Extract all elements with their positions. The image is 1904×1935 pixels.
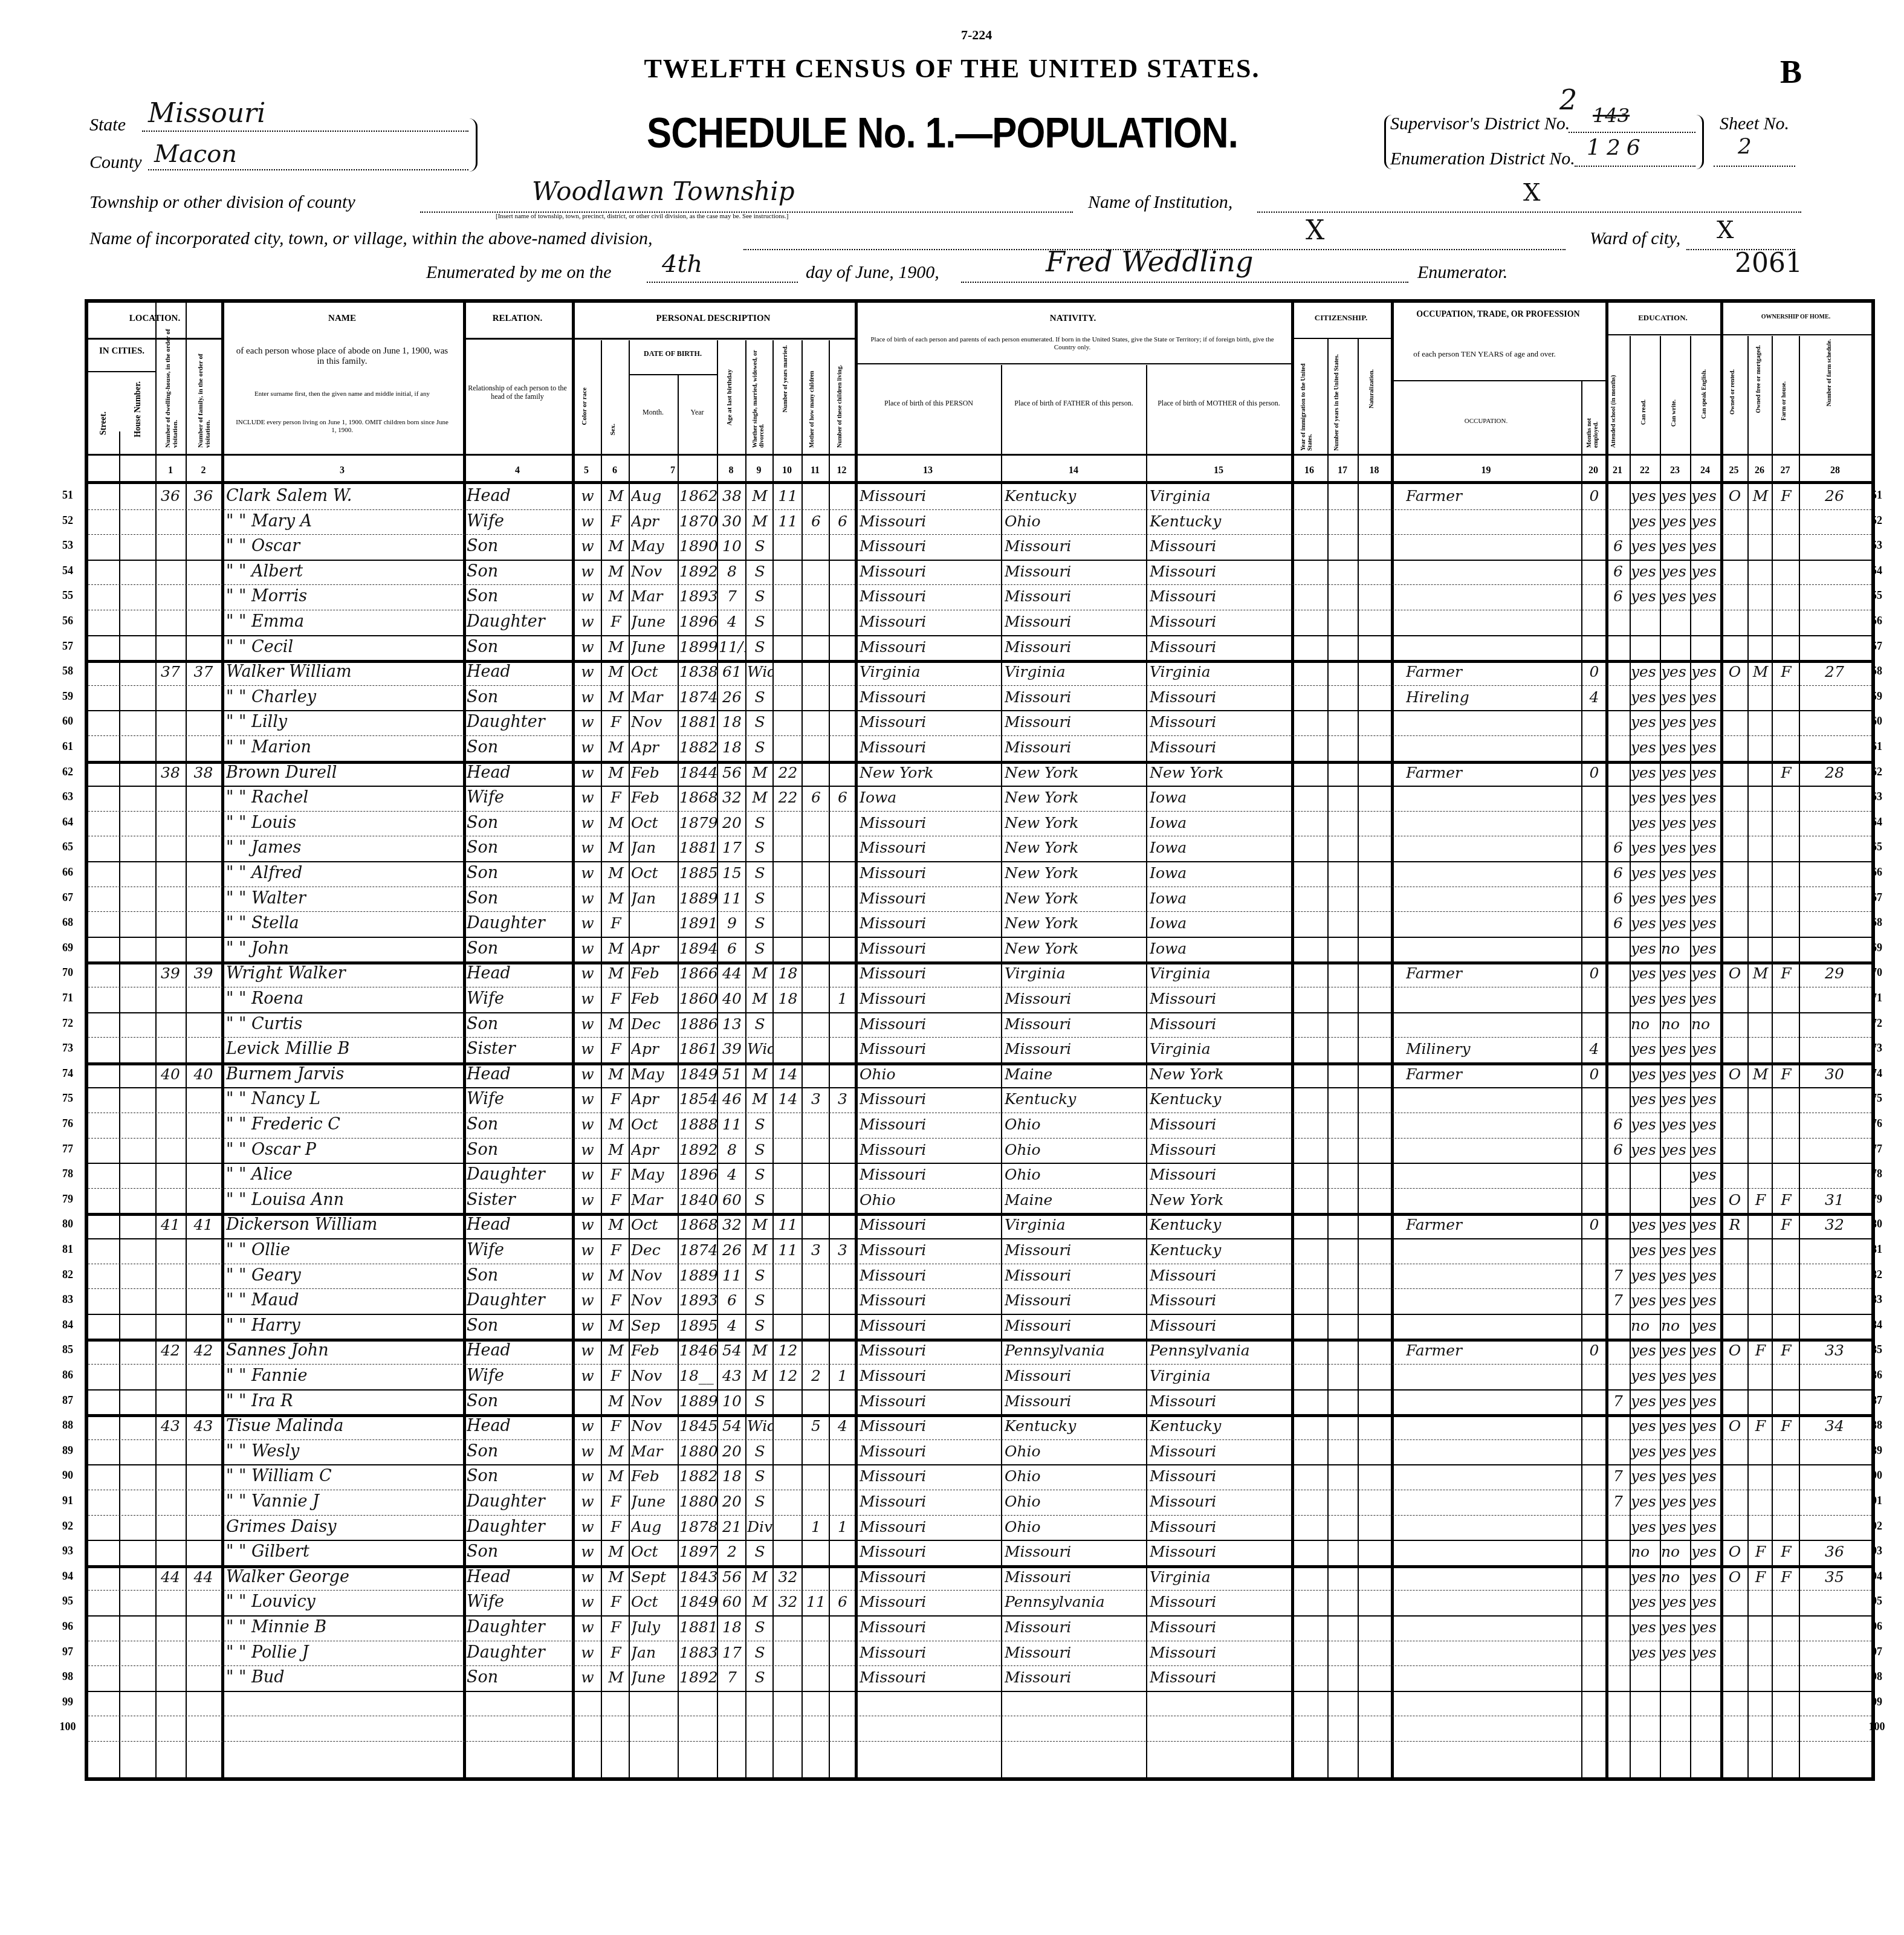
color: w (574, 1615, 601, 1639)
birth-month: Nov (631, 710, 678, 734)
occupation: Farmer (1406, 484, 1581, 508)
enumerator-label: Enumerator. (1417, 262, 1507, 283)
sex: M (603, 1389, 629, 1413)
can-write: yes (1661, 786, 1690, 810)
owned-rented: O (1722, 484, 1747, 508)
line-number: 92 (1865, 1520, 1889, 1533)
line-number: 81 (1865, 1243, 1889, 1256)
table-row[interactable]: Grimes DaisyDaughterwFAug187821Div11Miss… (88, 1515, 1871, 1540)
sheet-label: Sheet No. (1720, 114, 1789, 134)
children-living (831, 1665, 855, 1690)
table-row[interactable]: " " Nancy LWifewFApr185446M1433MissouriK… (88, 1087, 1871, 1113)
mother-of (803, 761, 829, 785)
color: w (574, 685, 601, 709)
birth-year: 1881 (679, 1615, 717, 1639)
marital-status: Wid (747, 1037, 772, 1061)
person-name: " " Harry (226, 1314, 463, 1338)
table-row[interactable]: " " HarrySonwMSep18954SMissouriMissouriM… (88, 1314, 1871, 1339)
occupation (1406, 1439, 1581, 1464)
speaks-english: yes (1691, 761, 1720, 785)
occupation (1406, 1113, 1581, 1137)
table-row[interactable]: " " Pollie JDaughterwFJan188317SMissouri… (88, 1641, 1871, 1666)
mother-of (803, 685, 829, 709)
table-row[interactable]: " " AliceDaughterwFMay18964SMissouriOhio… (88, 1163, 1871, 1188)
birth-month (631, 1716, 678, 1740)
state-field[interactable]: Missouri (142, 109, 468, 132)
line-number: 88 (1865, 1419, 1889, 1432)
table-row[interactable]: 3939Wright WalkerHeadwMFeb186644M18Misso… (88, 961, 1871, 987)
birth-year: 1868 (679, 1213, 717, 1237)
table-row[interactable]: " " RoenaWifewFFeb186040M181MissouriMiss… (88, 987, 1871, 1012)
dwelling-number (155, 685, 186, 709)
farm-house (1773, 836, 1799, 860)
speaks-english (1691, 1665, 1720, 1690)
mother-of (803, 1439, 829, 1464)
marital-status: M (747, 509, 772, 534)
farm-schedule (1801, 911, 1868, 935)
mother-birthplace: Virginia (1150, 1037, 1291, 1061)
birthplace: Missouri (860, 937, 1001, 961)
children-living (831, 560, 855, 584)
birth-month: June (631, 635, 678, 659)
father-birthplace: Missouri (1005, 1615, 1146, 1639)
table-row[interactable]: " " JamesSonwMJan188117SMissouriNew York… (88, 836, 1871, 861)
father-birthplace: Missouri (1005, 1037, 1146, 1061)
color: w (574, 961, 601, 986)
table-row[interactable]: 4040Burnem JarvisHeadwMMay184951M14OhioM… (88, 1062, 1871, 1088)
sex: F (603, 1288, 629, 1313)
color: w (574, 811, 601, 835)
can-write: yes (1661, 1515, 1690, 1539)
colnum: 28 (1799, 459, 1871, 483)
farm-schedule (1801, 710, 1868, 734)
years-married (774, 710, 801, 734)
line-number: 55 (56, 589, 80, 602)
can-write (1661, 1665, 1690, 1690)
age: 6 (719, 1288, 745, 1313)
children-living (831, 1288, 855, 1313)
birth-year: 1897 (679, 1540, 717, 1564)
family-number (186, 1490, 221, 1514)
can-read: yes (1631, 1565, 1660, 1589)
months-unemployed: 0 (1583, 660, 1605, 684)
birth-month: Mar (631, 1439, 678, 1464)
free-mortgaged (1749, 987, 1772, 1011)
birth-year: 1881 (679, 836, 717, 860)
sex: F (603, 786, 629, 810)
children-living (831, 635, 855, 659)
birthplace: Missouri (860, 1414, 1001, 1438)
can-write: yes (1661, 1464, 1690, 1488)
supervisor-field[interactable]: 143 (1569, 114, 1695, 133)
person-name: " " Mary A (226, 509, 463, 534)
family-number (186, 1238, 221, 1262)
free-mortgaged (1749, 1364, 1772, 1388)
months-unemployed: 4 (1583, 1037, 1605, 1061)
age: 38 (719, 484, 745, 508)
sex: F (603, 710, 629, 734)
relation: Daughter (467, 1490, 572, 1514)
family-number (186, 1087, 221, 1111)
birth-month: Feb (631, 786, 678, 810)
table-row[interactable]: " " Minnie BDaughterwFJuly188118SMissour… (88, 1615, 1871, 1641)
table-row[interactable]: " " MorrisSonwMMar18937SMissouriMissouri… (88, 584, 1871, 610)
free-mortgaged (1749, 1590, 1772, 1614)
free-mortgaged (1749, 786, 1772, 810)
birthplace: Missouri (860, 635, 1001, 659)
line-number: 95 (1865, 1595, 1889, 1607)
enumeration-field[interactable]: 126 (1575, 147, 1695, 167)
school-months (1607, 1012, 1630, 1036)
children-living (831, 1037, 855, 1061)
table-row[interactable]: " " GearySonwMNov188911SMissouriMissouri… (88, 1264, 1871, 1289)
person-name: " " Louisa Ann (226, 1188, 463, 1212)
header-name: NAME (221, 314, 463, 324)
mother-birthplace: Iowa (1150, 887, 1291, 911)
color: w (574, 1113, 601, 1137)
line-number: 57 (1865, 640, 1889, 653)
free-mortgaged (1749, 1314, 1772, 1338)
speaks-english (1691, 1716, 1720, 1740)
family-number (186, 786, 221, 810)
table-row[interactable]: Levick Millie BSisterwFApr186139WidMisso… (88, 1037, 1871, 1062)
table-row[interactable]: " " LillyDaughterwFNov188118SMissouriMis… (88, 710, 1871, 735)
header-occupation-col: OCCUPATION. (1394, 418, 1578, 425)
vhead-immigration: Year of immigration to the United States… (1300, 348, 1313, 451)
table-row[interactable]: " " EmmaDaughterwFJune18964SMissouriMiss… (88, 610, 1871, 635)
relation: Head (467, 1414, 572, 1438)
school-months (1607, 1037, 1630, 1061)
can-read: yes (1631, 987, 1660, 1011)
age: 20 (719, 811, 745, 835)
can-read (1631, 635, 1660, 659)
table-row[interactable]: " " William CSonwMFeb188218SMissouriOhio… (88, 1464, 1871, 1490)
table-row[interactable]: 4141Dickerson WilliamHeadwMOct186832M11M… (88, 1213, 1871, 1238)
line-number: 65 (1865, 841, 1889, 853)
birth-month: Nov (631, 1288, 678, 1313)
birthplace: Missouri (860, 685, 1001, 709)
sex: M (603, 811, 629, 835)
city-label: Name of incorporated city, town, or vill… (89, 228, 653, 249)
months-unemployed (1583, 1288, 1605, 1313)
birth-month: Sept (631, 1565, 678, 1589)
line-number: 82 (1865, 1268, 1889, 1281)
relation: Sister (467, 1188, 572, 1212)
line-number: 66 (1865, 866, 1889, 879)
farm-schedule (1801, 1515, 1868, 1539)
school-months (1607, 610, 1630, 634)
school-months (1607, 1062, 1630, 1087)
sex: M (603, 560, 629, 584)
owned-rented: O (1722, 961, 1747, 986)
table-row[interactable]: 4242Sannes JohnHeadwMFeb184654M12Missour… (88, 1339, 1871, 1364)
table-row[interactable]: " " AlfredSonwMOct188515SMissouriNew Yor… (88, 861, 1871, 887)
header-name-instr2: INCLUDE every person living on June 1, 1… (233, 419, 451, 434)
free-mortgaged (1749, 761, 1772, 785)
birth-year (679, 1691, 717, 1715)
occupation (1406, 1264, 1581, 1288)
birth-month: Nov (631, 1414, 678, 1438)
owned-rented (1722, 1037, 1747, 1061)
table-row[interactable]: " " Frederic CSonwMOct188811SMissouriOhi… (88, 1113, 1871, 1138)
birthplace: Missouri (860, 1464, 1001, 1488)
school-months (1607, 484, 1630, 508)
person-name: " " Gilbert (226, 1540, 463, 1564)
mother-birthplace: Iowa (1150, 937, 1291, 961)
can-write: yes (1661, 534, 1690, 558)
color: w (574, 861, 601, 885)
relation: Wife (467, 1590, 572, 1614)
can-read (1631, 610, 1660, 634)
occupation: Farmer (1406, 1213, 1581, 1237)
table-row[interactable]: " " Mary AWifewFApr187030M1166MissouriOh… (88, 509, 1871, 535)
can-read: yes (1631, 961, 1660, 986)
birth-month: Nov (631, 560, 678, 584)
table-row[interactable]: " " CecilSonwMJune189911/12SMissouriMiss… (88, 635, 1871, 661)
sex: M (603, 1213, 629, 1237)
family-number: 41 (186, 1213, 221, 1237)
township-field[interactable]: Woodlawn Township (420, 195, 1073, 213)
line-number: 69 (56, 942, 80, 954)
line-number: 63 (1865, 790, 1889, 803)
table-row[interactable]: " " OscarSonwMMay189010SMissouriMissouri… (88, 534, 1871, 560)
months-unemployed (1583, 1314, 1605, 1338)
table-row[interactable]: " " WeslySonwMMar188020SMissouriOhioMiss… (88, 1439, 1871, 1465)
person-name: " " Vannie J (226, 1490, 463, 1514)
table-row[interactable]: " " RachelWifewFFeb186832M2266IowaNew Yo… (88, 786, 1871, 811)
free-mortgaged: M (1749, 660, 1772, 684)
father-birthplace: Pennsylvania (1005, 1339, 1146, 1363)
person-name: Grimes Daisy (226, 1515, 463, 1539)
free-mortgaged (1749, 1138, 1772, 1162)
mother-of (803, 1163, 829, 1187)
can-read: yes (1631, 1138, 1660, 1162)
header-occupation-desc: of each person TEN YEARS of age and over… (1394, 350, 1575, 359)
mother-birthplace: Iowa (1150, 911, 1291, 935)
free-mortgaged (1749, 1113, 1772, 1137)
table-row[interactable]: " " GilbertSonwMOct18972SMissouriMissour… (88, 1540, 1871, 1565)
birthplace: Missouri (860, 735, 1001, 760)
years-married (774, 1515, 801, 1539)
table-row[interactable]: " " AlbertSonwMNov18928SMissouriMissouri… (88, 560, 1871, 585)
table-row[interactable]: " " Vannie JDaughterwFJune188020SMissour… (88, 1490, 1871, 1515)
age: 7 (719, 584, 745, 609)
can-read: yes (1631, 1113, 1660, 1137)
census-title: TWELFTH CENSUS OF THE UNITED STATES. (0, 53, 1904, 84)
dwelling-number: 44 (155, 1565, 186, 1589)
family-number (186, 1615, 221, 1639)
dwelling-number (155, 861, 186, 885)
can-read (1631, 1188, 1660, 1212)
mother-birthplace: Kentucky (1150, 1238, 1291, 1262)
birth-year: 1896 (679, 1163, 717, 1187)
colnum: 21 (1605, 459, 1630, 483)
institution-field[interactable]: X (1257, 195, 1801, 213)
children-living: 4 (831, 1414, 855, 1438)
years-married (774, 685, 801, 709)
occupation (1406, 1288, 1581, 1313)
sex: F (603, 1163, 629, 1187)
free-mortgaged (1749, 836, 1772, 860)
birthplace: Missouri (860, 1490, 1001, 1514)
relation: Wife (467, 786, 572, 810)
line-number: 92 (56, 1520, 80, 1533)
district-brace-right (1696, 115, 1704, 169)
sheet-letter: B (1780, 53, 1802, 91)
owned-rented (1722, 1087, 1747, 1111)
free-mortgaged (1749, 1515, 1772, 1539)
table-row[interactable]: 3838Brown DurellHeadwMFeb184456M22New Yo… (88, 761, 1871, 786)
table-row[interactable]: " " OllieWifewFDec187426M1133MissouriMis… (88, 1238, 1871, 1264)
table-row[interactable]: " " WalterSonwMJan188911SMissouriNew Yor… (88, 887, 1871, 912)
vhead-family: Number of family, in the order of visita… (197, 327, 212, 448)
mother-of (803, 534, 829, 558)
table-row[interactable]: " " CharleySonwMMar187426SMissouriMissou… (88, 685, 1871, 711)
farm-schedule: 31 (1801, 1188, 1868, 1212)
speaks-english: yes (1691, 1490, 1720, 1514)
line-number: 64 (56, 816, 80, 829)
line-number: 81 (56, 1243, 80, 1256)
table-row[interactable]: 3636Clark Salem W.HeadwMAug186238M11Miss… (88, 484, 1871, 509)
sheet-field[interactable]: 2 (1714, 147, 1795, 167)
table-row[interactable]: " " BudSonwMJune18927SMissouriMissouriMi… (88, 1665, 1871, 1691)
can-read: yes (1631, 1615, 1660, 1639)
owned-rented (1722, 1515, 1747, 1539)
age: 26 (719, 685, 745, 709)
birthplace: Missouri (860, 560, 1001, 584)
enumerator-field[interactable]: Fred Weddling (961, 265, 1408, 283)
farm-house: F (1773, 660, 1799, 684)
colnum: 2 (186, 459, 221, 483)
person-name: " " William C (226, 1464, 463, 1488)
can-write: yes (1661, 1062, 1690, 1087)
table-row[interactable]: " " Ira RSonMNov188910SMissouriMissouriM… (88, 1389, 1871, 1415)
county-field[interactable]: Macon (148, 147, 468, 170)
father-birthplace: New York (1005, 811, 1146, 835)
dwelling-number (155, 509, 186, 534)
table-row[interactable]: " " JohnSonwMApr18946SMissouriNew YorkIo… (88, 937, 1871, 962)
years-married (774, 534, 801, 558)
farm-house (1773, 911, 1799, 935)
farm-schedule (1801, 584, 1868, 609)
line-number: 84 (1865, 1319, 1889, 1331)
color: w (574, 635, 601, 659)
years-married (774, 635, 801, 659)
age: 56 (719, 1565, 745, 1589)
dwelling-number (155, 1012, 186, 1036)
age: 11 (719, 1113, 745, 1137)
can-write: yes (1661, 1615, 1690, 1639)
school-months: 7 (1607, 1464, 1630, 1488)
header-occupation: OCCUPATION, TRADE, OR PROFESSION (1394, 310, 1602, 320)
family-number (186, 987, 221, 1011)
table-row[interactable]: " " Louisa AnnSisterwFMar184060SOhioMain… (88, 1188, 1871, 1213)
mother-birthplace: Missouri (1150, 610, 1291, 634)
birth-month: Aug (631, 484, 678, 508)
schedule-title: SCHEDULE No. 1.—POPULATION. (647, 109, 1238, 157)
birth-month: Feb (631, 961, 678, 986)
farm-house (1773, 1439, 1799, 1464)
months-unemployed: 0 (1583, 961, 1605, 986)
school-months: 7 (1607, 1264, 1630, 1288)
table-row[interactable]: " " LouisSonwMOct187920SMissouriNew York… (88, 811, 1871, 836)
age: 20 (719, 1490, 745, 1514)
mother-birthplace: Kentucky (1150, 1414, 1291, 1438)
children-living: 6 (831, 1590, 855, 1614)
table-row[interactable]: " " MaudDaughterwFNov18936SMissouriMisso… (88, 1288, 1871, 1314)
can-write: no (1661, 937, 1690, 961)
table-row[interactable]: " " Oscar PSonwMApr18928SMissouriOhioMis… (88, 1138, 1871, 1163)
months-unemployed: 0 (1583, 484, 1605, 508)
sex: M (603, 1339, 629, 1363)
table-row[interactable]: 4444Walker GeorgeHeadwMSept184356M32Miss… (88, 1565, 1871, 1591)
mother-of (803, 811, 829, 835)
farm-schedule (1801, 1138, 1868, 1162)
relation: Wife (467, 509, 572, 534)
table-row[interactable] (88, 1716, 1871, 1741)
mother-birthplace: Missouri (1150, 1439, 1291, 1464)
table-row[interactable]: " " CurtisSonwMDec188613SMissouriMissour… (88, 1012, 1871, 1038)
color: w (574, 584, 601, 609)
can-read: yes (1631, 786, 1660, 810)
can-write: yes (1661, 1288, 1690, 1313)
farm-schedule (1801, 635, 1868, 659)
children-living (831, 1490, 855, 1514)
owned-rented (1722, 1314, 1747, 1338)
occupation (1406, 1641, 1581, 1665)
birth-year: 1896 (679, 610, 717, 634)
family-number (186, 1716, 221, 1740)
sex: F (603, 1188, 629, 1212)
enumerated-day-field[interactable]: 4th (647, 265, 798, 283)
line-number: 73 (1865, 1042, 1889, 1055)
school-months: 6 (1607, 534, 1630, 558)
relation: Daughter (467, 1288, 572, 1313)
person-name: Brown Durell (226, 761, 463, 785)
line-number: 78 (56, 1168, 80, 1180)
line-number: 75 (1865, 1092, 1889, 1105)
table-row[interactable]: 4343Tisue MalindaHeadwFNov184554Wid54Mis… (88, 1414, 1871, 1439)
free-mortgaged (1749, 911, 1772, 935)
free-mortgaged: F (1749, 1565, 1772, 1589)
father-birthplace: Missouri (1005, 534, 1146, 558)
can-read: yes (1631, 1062, 1660, 1087)
birthplace: Missouri (860, 1264, 1001, 1288)
table-row[interactable]: " " LouvicyWifewFOct184960M32116Missouri… (88, 1590, 1871, 1615)
age: 54 (719, 1414, 745, 1438)
table-row[interactable]: " " FannieWifewFNov18__43M1221MissouriMi… (88, 1364, 1871, 1389)
birthplace: Missouri (860, 811, 1001, 835)
header-nativity: NATIVITY. (855, 314, 1291, 324)
table-row[interactable]: " " MarionSonwMApr188218SMissouriMissour… (88, 735, 1871, 761)
birth-year: 1838 (679, 660, 717, 684)
line-number: 67 (56, 891, 80, 904)
dwelling-number (155, 1464, 186, 1488)
farm-house (1773, 861, 1799, 885)
free-mortgaged (1749, 1238, 1772, 1262)
can-write: yes (1661, 685, 1690, 709)
years-married: 18 (774, 987, 801, 1011)
children-living (831, 685, 855, 709)
table-row[interactable] (88, 1691, 1871, 1716)
table-row[interactable]: " " StellaDaughterwF18919SMissouriNew Yo… (88, 911, 1871, 937)
birth-year: 1892 (679, 560, 717, 584)
can-read: yes (1631, 937, 1660, 961)
dwelling-number (155, 1113, 186, 1137)
family-number (186, 1314, 221, 1338)
table-row[interactable]: 3737Walker WilliamHeadwMOct183861WidVirg… (88, 660, 1871, 685)
birth-year: 1878 (679, 1515, 717, 1539)
